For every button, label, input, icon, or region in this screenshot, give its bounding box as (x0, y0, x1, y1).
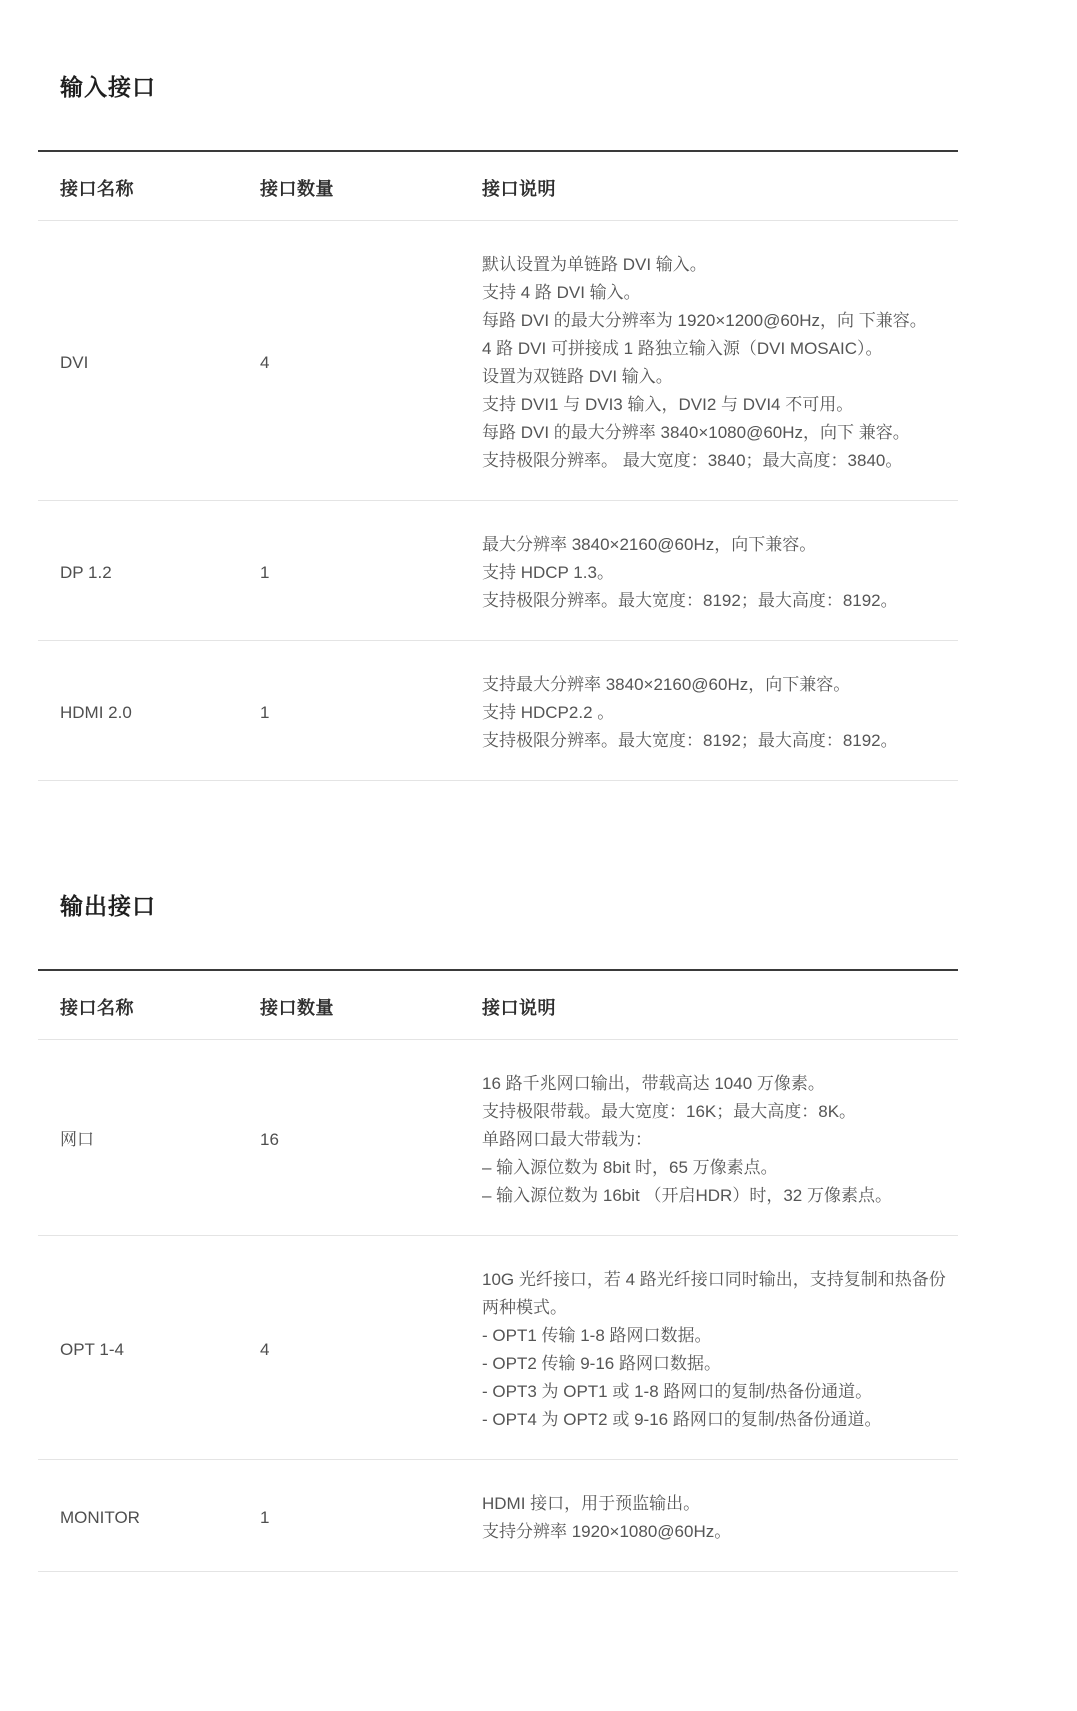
interface-section: 输出接口 接口名称接口数量接口说明 网口 16 16 路千兆网口输出，带载高达 … (38, 891, 958, 1572)
description-line: - OPT2 传输 9-16 路网口数据。 (482, 1350, 958, 1378)
description-line: 16 路千兆网口输出，带载高达 1040 万像素。 (482, 1070, 958, 1098)
interface-count: 1 (260, 561, 482, 585)
description-line: 单路网口最大带载为： (482, 1126, 958, 1154)
table-header-row: 接口名称接口数量接口说明 (38, 971, 958, 1039)
column-header: 接口说明 (482, 997, 958, 1019)
column-header: 接口名称 (60, 178, 260, 200)
description-line: 4 路 DVI 可拼接成 1 路独立输入源（DVI MOSAIC）。 (482, 335, 958, 363)
section-title: 输出接口 (60, 891, 958, 921)
interface-description: 最大分辨率 3840×2160@60Hz，向下兼容。支持 HDCP 1.3。支持… (482, 531, 958, 615)
table-row: DVI 4 默认设置为单链路 DVI 输入。支持 4 路 DVI 输入。每路 D… (38, 221, 958, 500)
interface-description: 16 路千兆网口输出，带载高达 1040 万像素。支持极限带载。最大宽度：16K… (482, 1070, 958, 1210)
description-line: 10G 光纤接口，若 4 路光纤接口同时输出，支持复制和热备份 (482, 1266, 958, 1294)
description-line: – 输入源位数为 8bit 时，65 万像素点。 (482, 1154, 958, 1182)
table-row: DP 1.2 1 最大分辨率 3840×2160@60Hz，向下兼容。支持 HD… (38, 501, 958, 640)
description-line: 支持极限分辨率。最大宽度：8192；最大高度：8192。 (482, 587, 958, 615)
description-line: 支持 HDCP 1.3。 (482, 559, 958, 587)
table-header-row: 接口名称接口数量接口说明 (38, 152, 958, 220)
description-line: 支持极限分辨率。 最大宽度：3840；最大高度：3840。 (482, 447, 958, 475)
description-line: 最大分辨率 3840×2160@60Hz，向下兼容。 (482, 531, 958, 559)
row-divider (38, 780, 958, 781)
description-line: - OPT1 传输 1-8 路网口数据。 (482, 1322, 958, 1350)
description-line: 支持 4 路 DVI 输入。 (482, 279, 958, 307)
interface-description: HDMI 接口，用于预监输出。支持分辨率 1920×1080@60Hz。 (482, 1490, 958, 1546)
description-line: 支持极限带载。最大宽度：16K；最大高度：8K。 (482, 1098, 958, 1126)
description-line: 两种模式。 (482, 1294, 958, 1322)
description-line: - OPT3 为 OPT1 或 1-8 路网口的复制/热备份通道。 (482, 1378, 958, 1406)
interface-count: 16 (260, 1128, 482, 1152)
table-body: DVI 4 默认设置为单链路 DVI 输入。支持 4 路 DVI 输入。每路 D… (38, 221, 958, 781)
interface-name: MONITOR (60, 1506, 260, 1530)
interface-description: 默认设置为单链路 DVI 输入。支持 4 路 DVI 输入。每路 DVI 的最大… (482, 251, 958, 475)
column-header: 接口数量 (260, 997, 482, 1019)
row-divider (38, 1571, 958, 1572)
description-line: - OPT4 为 OPT2 或 9-16 路网口的复制/热备份通道。 (482, 1406, 958, 1434)
description-line: 设置为双链路 DVI 输入。 (482, 363, 958, 391)
interface-description: 支持最大分辨率 3840×2160@60Hz，向下兼容。支持 HDCP2.2 。… (482, 671, 958, 755)
description-line: HDMI 接口，用于预监输出。 (482, 1490, 958, 1518)
description-line: 支持 DVI1 与 DVI3 输入，DVI2 与 DVI4 不可用。 (482, 391, 958, 419)
table-row: HDMI 2.0 1 支持最大分辨率 3840×2160@60Hz，向下兼容。支… (38, 641, 958, 780)
interface-name: 网口 (60, 1128, 260, 1152)
description-line: 默认设置为单链路 DVI 输入。 (482, 251, 958, 279)
column-header: 接口名称 (60, 997, 260, 1019)
interface-count: 4 (260, 1338, 482, 1362)
description-line: 每路 DVI 的最大分辨率 3840×1080@60Hz，向下 兼容。 (482, 419, 958, 447)
table-row: OPT 1-4 4 10G 光纤接口，若 4 路光纤接口同时输出，支持复制和热备… (38, 1236, 958, 1459)
table-body: 网口 16 16 路千兆网口输出，带载高达 1040 万像素。支持极限带载。最大… (38, 1040, 958, 1572)
description-line: 支持分辨率 1920×1080@60Hz。 (482, 1518, 958, 1546)
description-line: 支持 HDCP2.2 。 (482, 699, 958, 727)
interface-count: 4 (260, 351, 482, 375)
description-line: 支持最大分辨率 3840×2160@60Hz，向下兼容。 (482, 671, 958, 699)
column-header: 接口说明 (482, 178, 958, 200)
description-line: – 输入源位数为 16bit （开启HDR）时，32 万像素点。 (482, 1182, 958, 1210)
table-row: 网口 16 16 路千兆网口输出，带载高达 1040 万像素。支持极限带载。最大… (38, 1040, 958, 1235)
table-row: MONITOR 1 HDMI 接口，用于预监输出。支持分辨率 1920×1080… (38, 1460, 958, 1571)
description-line: 每路 DVI 的最大分辨率为 1920×1200@60Hz，向 下兼容。 (482, 307, 958, 335)
column-header: 接口数量 (260, 178, 482, 200)
interface-name: OPT 1-4 (60, 1338, 260, 1362)
interface-name: DVI (60, 351, 260, 375)
interface-count: 1 (260, 701, 482, 725)
spec-document: 输入接口 接口名称接口数量接口说明 DVI 4 默认设置为单链路 DVI 输入。… (0, 0, 1077, 1572)
section-title: 输入接口 (60, 72, 958, 102)
interface-description: 10G 光纤接口，若 4 路光纤接口同时输出，支持复制和热备份两种模式。- OP… (482, 1266, 958, 1434)
interface-section: 输入接口 接口名称接口数量接口说明 DVI 4 默认设置为单链路 DVI 输入。… (38, 72, 958, 781)
description-line: 支持极限分辨率。最大宽度：8192；最大高度：8192。 (482, 727, 958, 755)
interface-name: HDMI 2.0 (60, 701, 260, 725)
interface-count: 1 (260, 1506, 482, 1530)
interface-name: DP 1.2 (60, 561, 260, 585)
